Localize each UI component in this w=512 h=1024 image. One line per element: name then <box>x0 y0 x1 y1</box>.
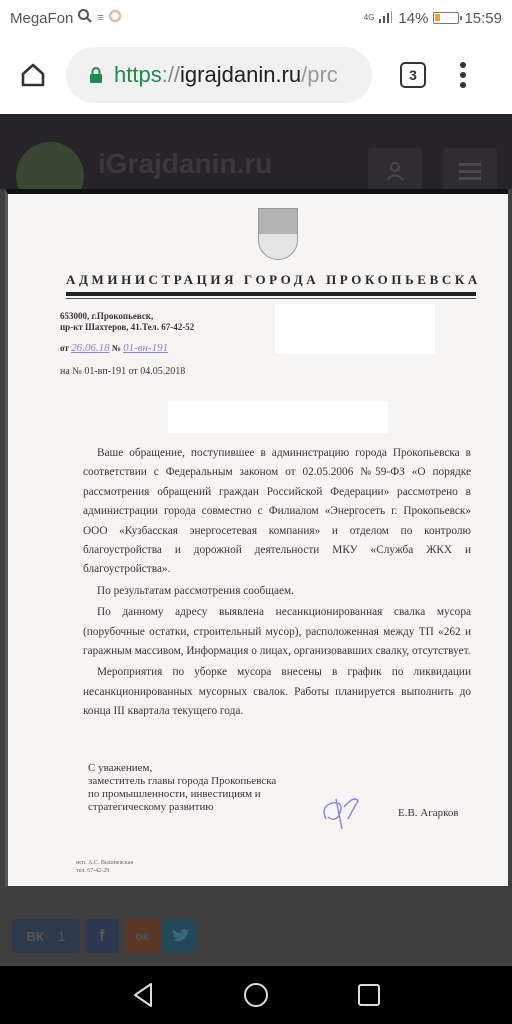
share-bar: ВК 1 f ок <box>0 886 512 966</box>
account-button[interactable] <box>368 148 422 194</box>
odnoklassniki-icon: ок <box>135 929 148 943</box>
url-host: igrajdanin.ru <box>180 62 301 88</box>
registration-line: от 26.06.18 № 01-вн-191 <box>60 342 168 354</box>
letterhead-title: АДМИНИСТРАЦИЯ ГОРОДА ПРОКОПЬЕВСКА <box>66 272 481 288</box>
url-separator: :// <box>162 62 180 88</box>
carrier-name: MegaFon <box>10 10 73 27</box>
closing-block: С уважением, заместитель главы города Пр… <box>88 762 276 814</box>
menu-dot-icon <box>460 62 466 68</box>
sender-address: 653000, г.Прокопьевск, пр-кт Шахтеров, 4… <box>60 311 194 333</box>
reference-line: на № 01-вп-191 от 04.05.2018 <box>60 366 185 377</box>
browser-menu-button[interactable] <box>460 62 466 88</box>
url-path: /prc <box>301 62 338 88</box>
hamburger-menu-button[interactable] <box>443 148 497 194</box>
executor-line: тел. 67-42-29 <box>76 867 133 875</box>
executor-line: исп. А.С. Вышневская <box>76 859 133 867</box>
reg-prefix: от <box>60 343 69 353</box>
closing-line: заместитель главы города Прокопьевска <box>88 775 276 788</box>
letterhead-rule <box>66 292 476 296</box>
letter-body: Ваше обращение, поступившее в администра… <box>83 444 471 722</box>
paragraph: По данному адресу выявлена несанкциониро… <box>83 603 471 661</box>
home-icon <box>19 61 47 89</box>
site-name[interactable]: iGrajdanin.ru <box>98 148 272 180</box>
browser-toolbar: https://igrajdanin.ru/prc 3 <box>0 36 512 114</box>
paragraph: Ваше обращение, поступившее в администра… <box>83 444 471 580</box>
executor-info: исп. А.С. Вышневская тел. 67-42-29 <box>76 859 133 875</box>
vk-share-count: 1 <box>58 928 66 944</box>
signer-name: Е.В. Агарков <box>398 807 459 819</box>
closing-line: С уважением, <box>88 762 276 775</box>
back-icon[interactable] <box>131 982 155 1008</box>
menu-dot-icon <box>460 72 466 78</box>
closing-line: по промышленности, инвестициям и <box>88 788 276 801</box>
tab-switcher-button[interactable]: 3 <box>400 62 426 88</box>
signal-bars-icon <box>379 10 393 27</box>
status-bar: MegaFon ≡ 4G 14% 15:59 <box>0 0 512 36</box>
user-icon <box>384 160 406 182</box>
address-line: 653000, г.Прокопьевск, <box>60 311 194 322</box>
search-icon <box>77 8 93 28</box>
share-odnoklassniki-button[interactable]: ок <box>125 919 159 953</box>
scanned-letter-image[interactable]: АДМИНИСТРАЦИЯ ГОРОДА ПРОКОПЬЕВСКА 653000… <box>5 189 508 886</box>
vk-icon: ВК <box>26 929 43 944</box>
letterhead-rule-thin <box>66 298 476 299</box>
twitter-icon <box>171 928 191 944</box>
reg-no-label: № <box>112 343 121 353</box>
clock: 15:59 <box>464 10 502 27</box>
recents-icon[interactable] <box>357 983 381 1007</box>
system-nav-bar <box>0 966 512 1024</box>
url-scheme: https <box>114 62 162 88</box>
redacted-salutation <box>168 401 388 433</box>
signal-icon: 4G <box>364 14 375 22</box>
paragraph: Мероприятия по уборке мусора внесены в г… <box>83 663 471 721</box>
address-line: пр-кт Шахтеров, 41.Тел. 67-42-52 <box>60 322 194 333</box>
signature-icon <box>318 789 368 834</box>
rss-icon: ≡ <box>97 12 103 24</box>
reg-number: 01-вн-191 <box>123 342 168 354</box>
share-twitter-button[interactable] <box>164 919 198 953</box>
facebook-icon: f <box>99 926 105 946</box>
address-bar[interactable]: https://igrajdanin.ru/prc <box>66 47 372 103</box>
city-coat-of-arms <box>258 208 298 260</box>
home-button[interactable] <box>0 36 66 114</box>
share-facebook-button[interactable]: f <box>85 919 119 953</box>
reg-date: 26.06.18 <box>71 342 110 354</box>
battery-icon <box>433 12 459 24</box>
notification-ring-icon <box>108 9 122 27</box>
paragraph: По результатам рассмотрения сообщаем. <box>83 582 471 601</box>
home-nav-icon[interactable] <box>243 982 269 1008</box>
menu-dot-icon <box>460 82 466 88</box>
redacted-recipient <box>275 304 435 354</box>
lock-icon <box>88 66 104 84</box>
site-header: iGrajdanin.ru <box>0 114 512 189</box>
closing-line: стратегическому развитию <box>88 801 276 814</box>
battery-percent: 14% <box>398 10 428 27</box>
hamburger-icon <box>459 162 481 180</box>
share-vk-button[interactable]: ВК 1 <box>12 919 80 953</box>
